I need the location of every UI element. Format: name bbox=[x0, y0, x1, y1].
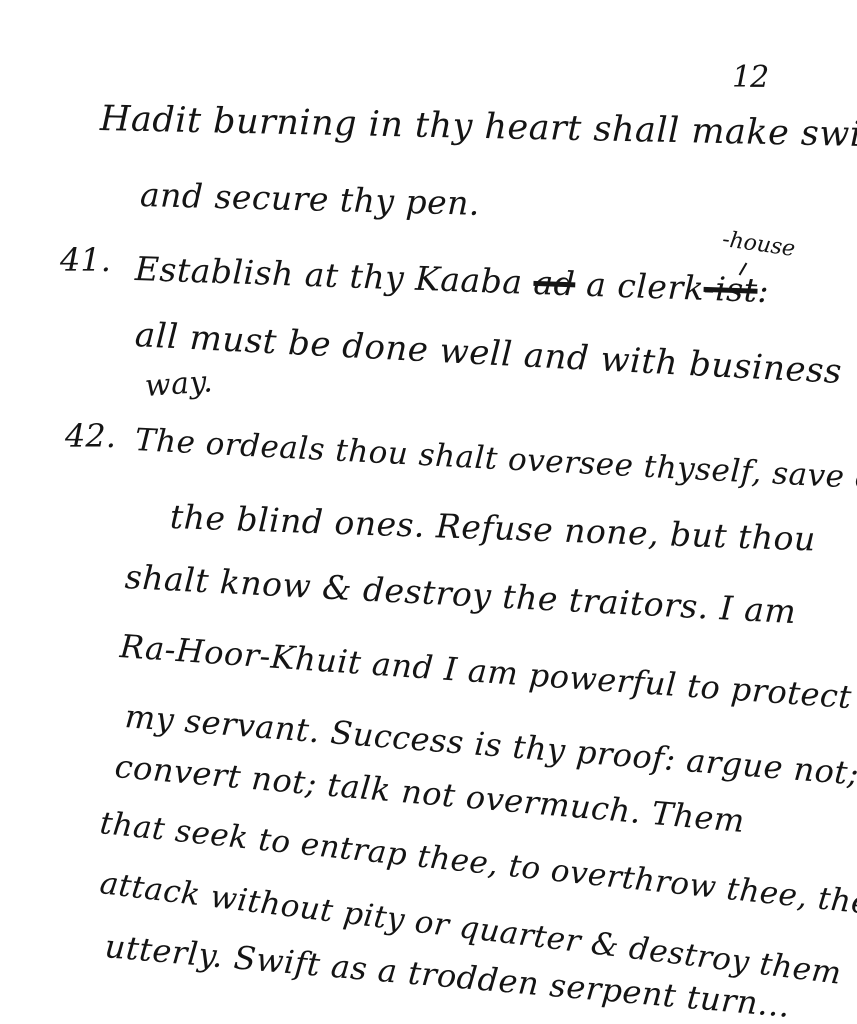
verse-42-line-1: The ordeals thou shalt oversee thyself, … bbox=[134, 425, 857, 497]
verse-42-number: 42. bbox=[65, 420, 116, 452]
verse-41-number: 41. bbox=[60, 244, 111, 276]
verse-41-text-a: Establish at thy Kaaba bbox=[134, 249, 523, 302]
verse-41-text-b: a clerk bbox=[586, 265, 705, 308]
verse-41-colon: : bbox=[757, 271, 770, 310]
verse-42-line-4: Ra-Hoor-Khuit and I am powerful to prote… bbox=[119, 630, 853, 713]
struck-word: ad bbox=[533, 263, 576, 303]
insertion-house: -house bbox=[721, 227, 797, 262]
verse-41-line-1: Establish at thy Kaaba ad a clerk-ist: bbox=[134, 252, 769, 307]
verse-41-line-2: all must be done well and with business bbox=[134, 318, 843, 389]
verse-40-line-2: and secure thy pen. bbox=[140, 178, 481, 220]
verse-41-line-3: way. bbox=[144, 367, 214, 402]
page-number: 12 bbox=[732, 60, 768, 95]
verse-42-line-2: the blind ones. Refuse none, but thou bbox=[169, 500, 816, 556]
verse-40-line-1: Hadit burning in thy heart shall make sw… bbox=[100, 102, 857, 154]
struck-suffix: -ist bbox=[703, 269, 758, 310]
verse-42-line-3: shalt know & destroy the traitors. I am bbox=[124, 560, 797, 628]
manuscript-page: 12 Hadit burning in thy heart shall make… bbox=[0, 0, 857, 1024]
